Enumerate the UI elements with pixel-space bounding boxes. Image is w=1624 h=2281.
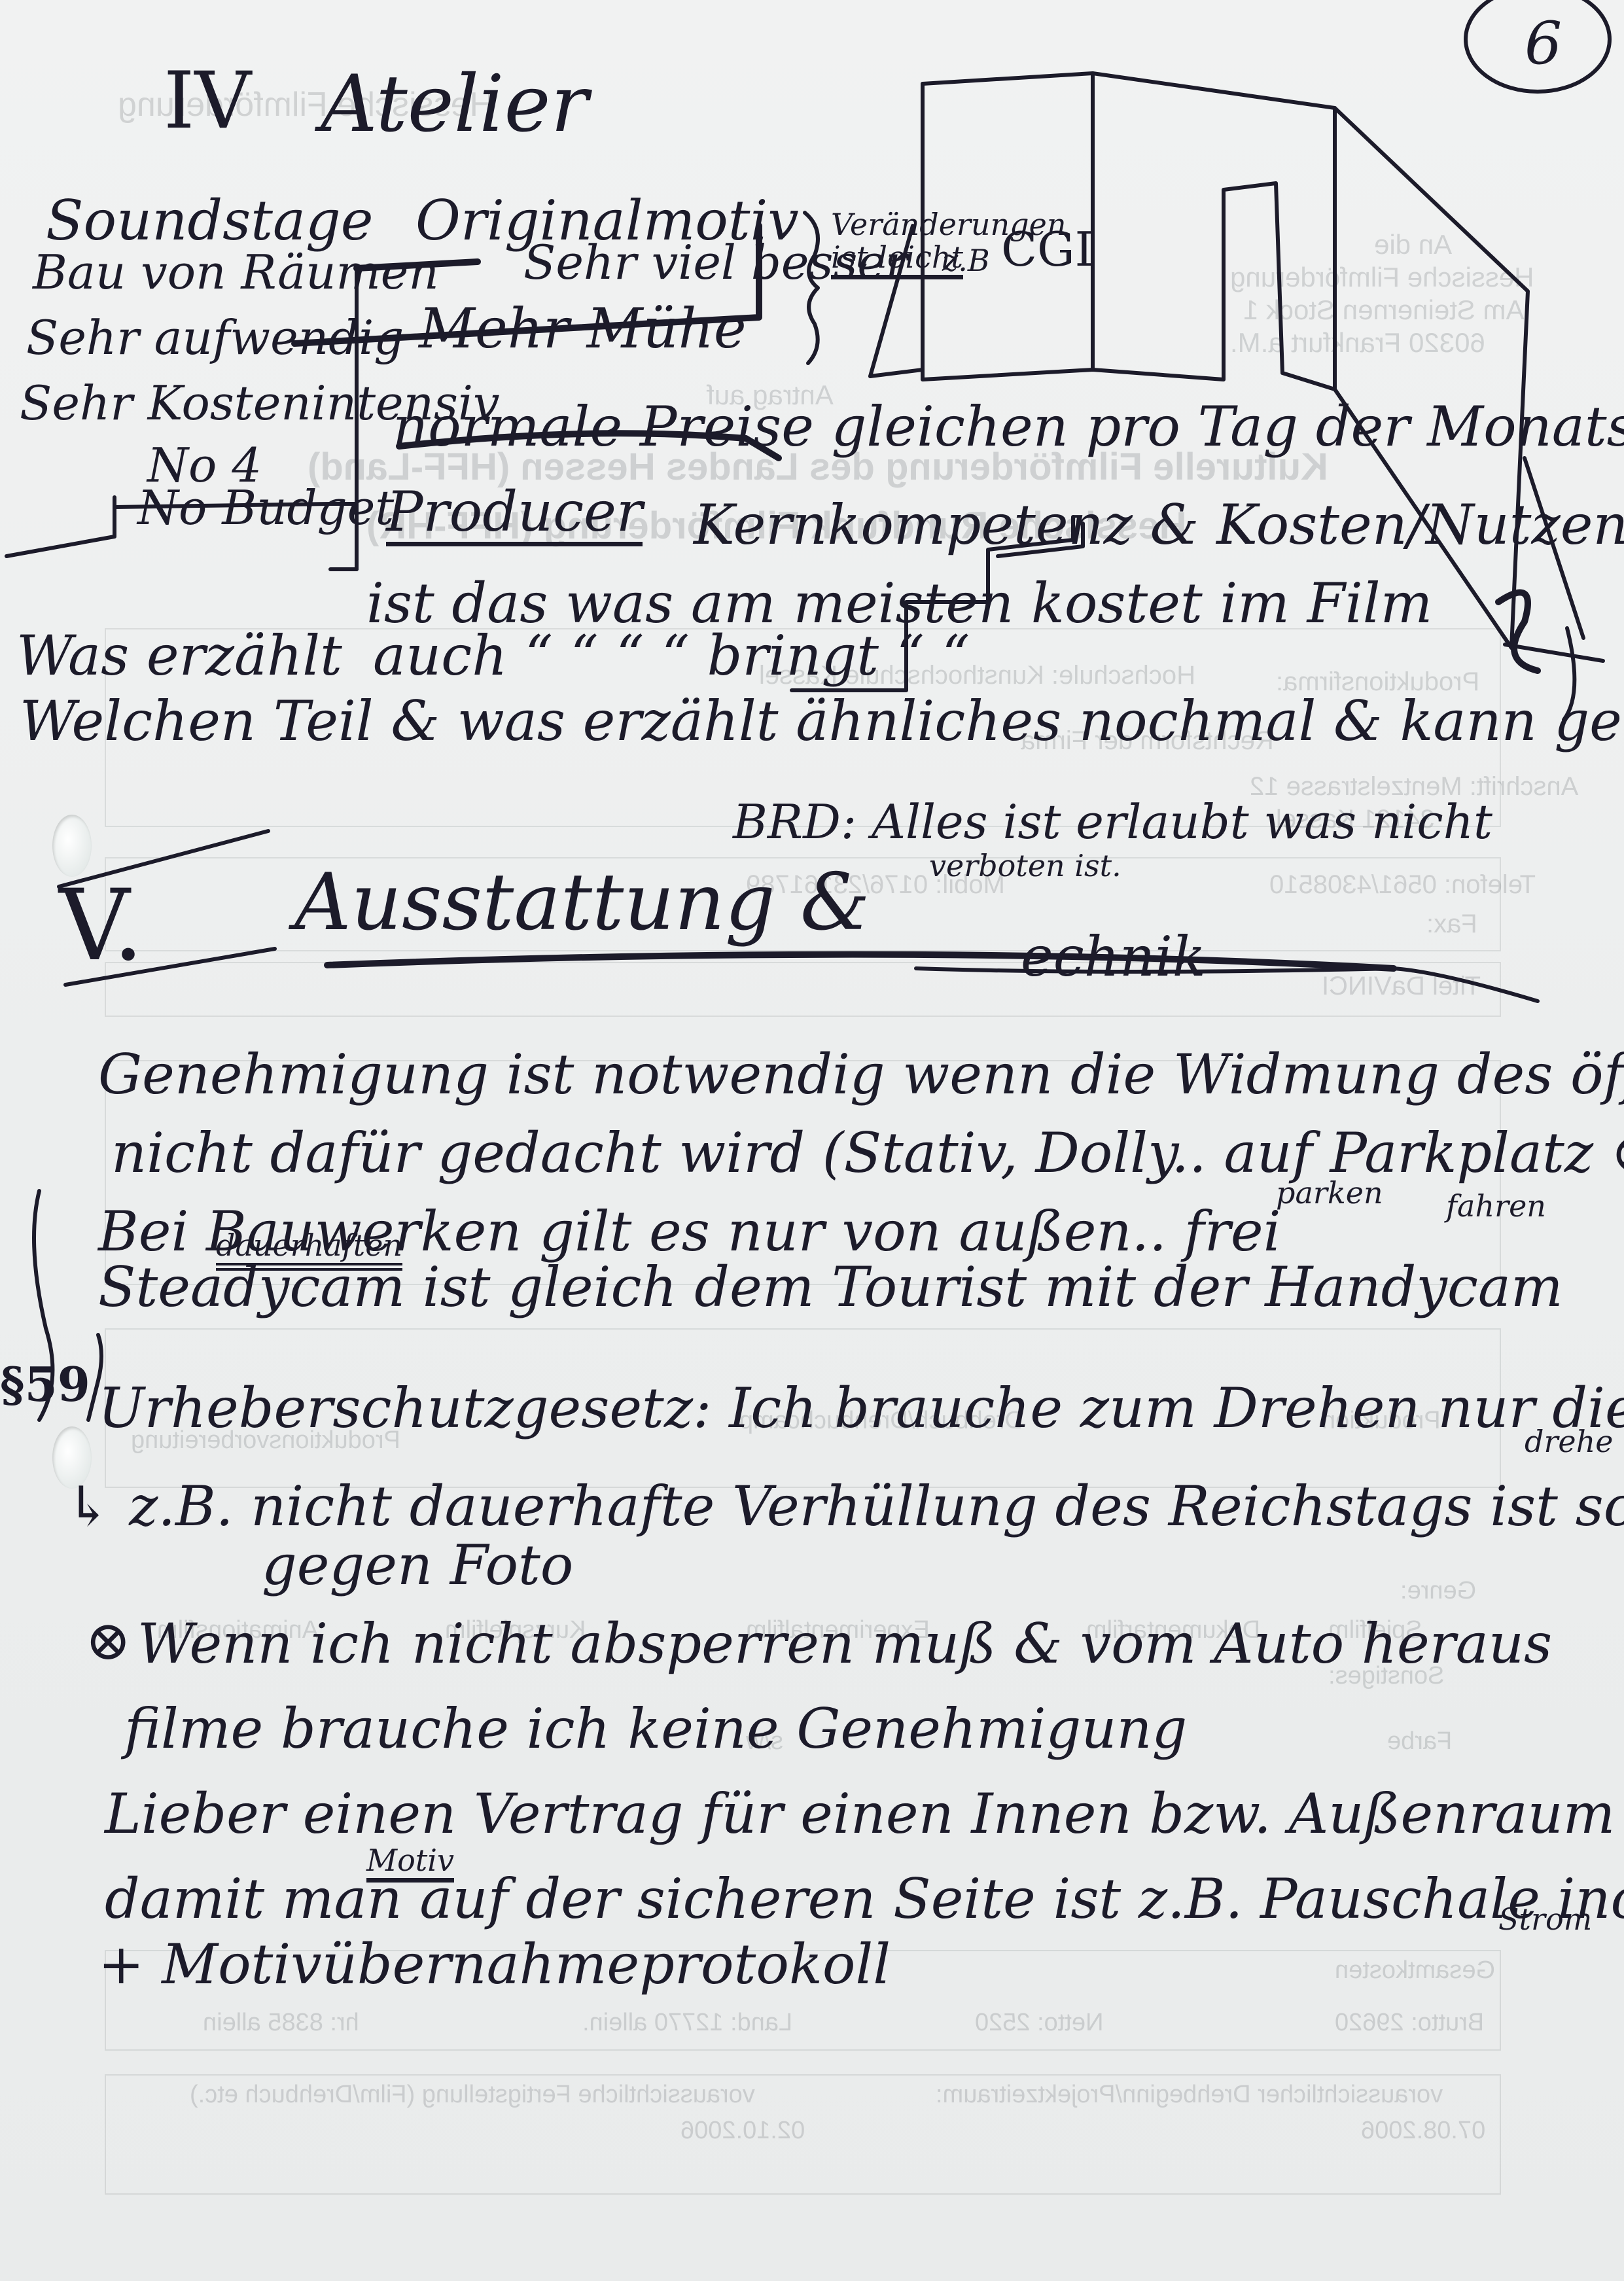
no-budget-note: No Budget: [137, 484, 394, 531]
parken-note: parken: [1276, 1178, 1383, 1208]
was-erzaehlt-note: Was erzählt: [16, 628, 342, 683]
cgi-note: CGI: [1001, 226, 1093, 273]
soundstage-label: Soundstage: [46, 193, 374, 248]
urheberschutz-line: Urheberschutzgesetz: Ich brauche zum Dre…: [98, 1381, 1624, 1436]
verhuellung-line: ↳ z.B. nicht dauerhafte Verhüllung des R…: [65, 1479, 1624, 1534]
welchen-teil-line: Welchen Teil & was erzählt ähnliches noc…: [20, 694, 1624, 749]
gegen-foto-line: gegen Foto: [262, 1538, 573, 1593]
sichere-seite-line: damit man auf der sicheren Seite ist z.B…: [105, 1871, 1624, 1926]
producer-label: Producer: [386, 484, 643, 546]
zb-note: z.B: [942, 245, 990, 275]
strom-note: Strom: [1498, 1904, 1592, 1934]
normale-preise-line: normale Preise gleichen pro Tag der Mona…: [393, 399, 1624, 454]
section-v-title-continuation: echnik: [1021, 929, 1206, 984]
steadycam-line: Steadycam ist gleich dem Tourist mit der…: [98, 1260, 1563, 1315]
section-v-numeral: V.: [59, 877, 144, 975]
sehr-aufwendig-label: Sehr aufwendig: [26, 314, 404, 361]
section-iv-title: Atelier: [321, 65, 588, 144]
section-iv-numeral: IV: [164, 62, 251, 141]
vertrag-line: Lieber einen Vertrag für einen Innen bzw…: [105, 1786, 1615, 1841]
page-number: 6: [1525, 14, 1562, 73]
mehr-muehe-label: Mehr Mühe: [419, 301, 747, 356]
paragraph-59-marker: §59: [0, 1361, 90, 1408]
brd-note: BRD: Alles ist erlaubt was nicht: [733, 798, 1492, 845]
footnote-marker-icon: ⊗: [85, 1613, 131, 1668]
genehmigung-line: Genehmigung ist notwendig wenn die Widmu…: [98, 1047, 1624, 1102]
auch-bringt-line: auch “ “ “ “ bringt “ “: [373, 628, 970, 683]
meisten-kostet-line: ist das was am meisten kostet im Film: [366, 576, 1432, 631]
brd-note-continued: verboten ist.: [929, 851, 1121, 881]
absperren-line: Wenn ich nicht absperren muß & vom Auto …: [137, 1616, 1552, 1671]
motivuebernahme-line: + Motivübernahmeprotokoll: [98, 1937, 891, 1992]
drehe-note: drehe: [1525, 1426, 1614, 1457]
bau-von-raeumen-label: Bau von Räumen: [33, 249, 439, 296]
keine-genehmigung-line: filme brauche ich keine Genehmigung: [124, 1701, 1187, 1756]
kernkompetenz-line: Kernkompetenz & Kosten/Nutzenrechnung: [694, 497, 1624, 552]
scanned-notes-page: Hessische Filmförderung An die Hessische…: [0, 0, 1624, 2281]
fahren-note: fahren: [1446, 1191, 1546, 1221]
section-v-title: Ausstattung &: [294, 864, 870, 942]
nicht-dafuer-line: nicht dafür gedacht wird (Stativ, Dolly.…: [111, 1125, 1624, 1180]
